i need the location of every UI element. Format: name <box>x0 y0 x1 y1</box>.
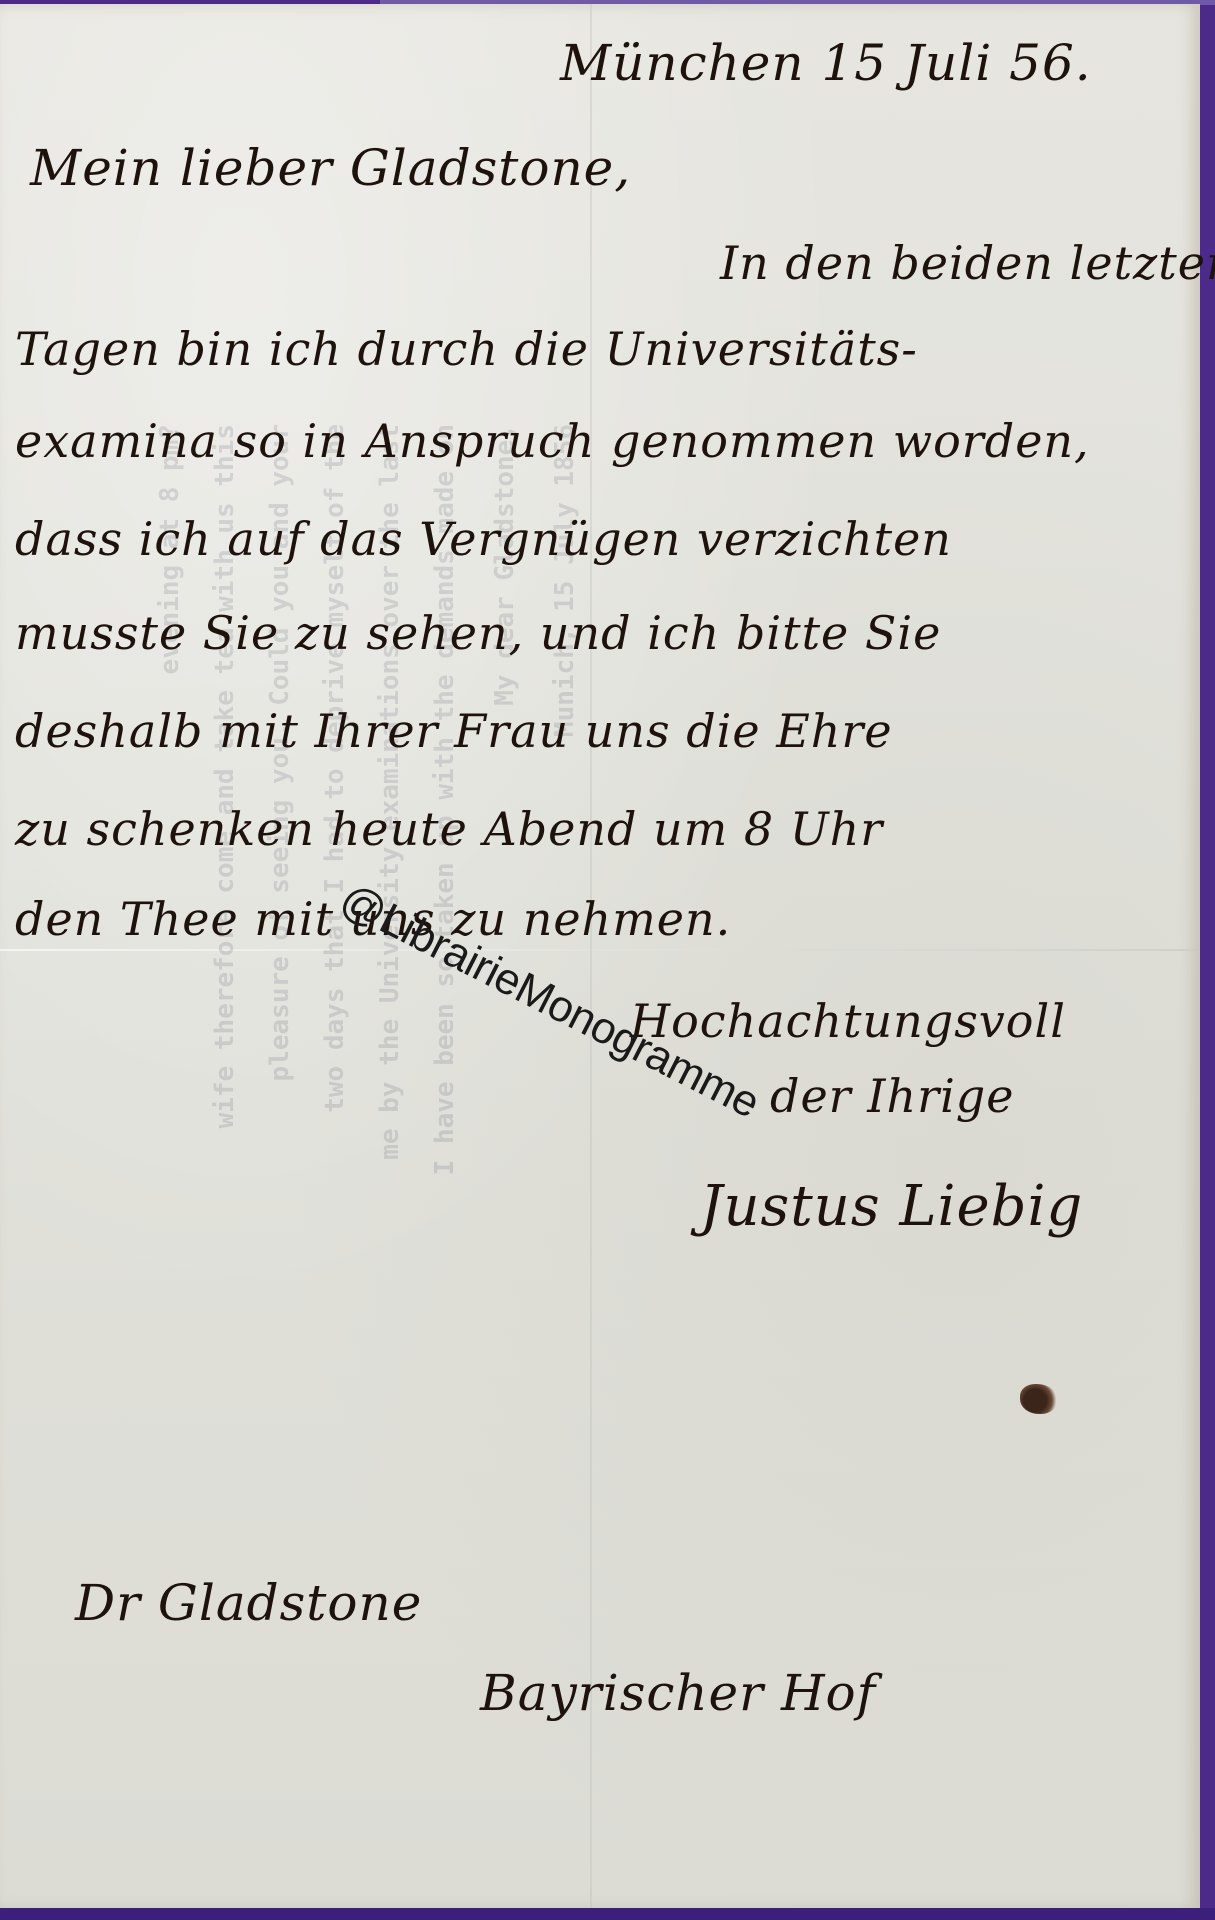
body-line-7: zu schenken heute Abend um 8 Uhr <box>15 802 883 856</box>
body-line-2: Tagen bin ich durch die Universitäts- <box>15 322 918 376</box>
ink-stain <box>1020 1384 1058 1414</box>
body-line-6: deshalb mit Ihrer Frau uns die Ehre <box>15 704 893 758</box>
signature: Justus Liebig <box>700 1174 1083 1239</box>
background-edge-bottom <box>0 1908 1215 1920</box>
address-line-2: Bayrischer Hof <box>480 1664 876 1722</box>
body-line-3: examina so in Anspruch genommen worden, <box>15 414 1090 468</box>
dateline: München 15 Juli 56. <box>560 34 1092 92</box>
show-through-line: Munich, 15 July 1856 <box>550 424 580 737</box>
vertical-fold-line <box>590 4 592 1909</box>
body-line-1: In den beiden letzten <box>720 236 1215 290</box>
body-line-5: musste Sie zu sehen, und ich bitte Sie <box>15 606 941 660</box>
horizontal-fold-line <box>0 949 1200 951</box>
address-line-1: Dr Gladstone <box>75 1574 422 1632</box>
body-line-4: dass ich auf das Vergnügen verzichten <box>15 512 952 566</box>
closing-line-2: der Ihrige <box>770 1069 1014 1123</box>
salutation: Mein lieber Gladstone, <box>30 139 631 197</box>
closing-line-1: Hochachtungsvoll <box>630 994 1066 1048</box>
letter-sheet: Munich, 15 July 1856 My dear Gladstone, … <box>0 4 1200 1909</box>
